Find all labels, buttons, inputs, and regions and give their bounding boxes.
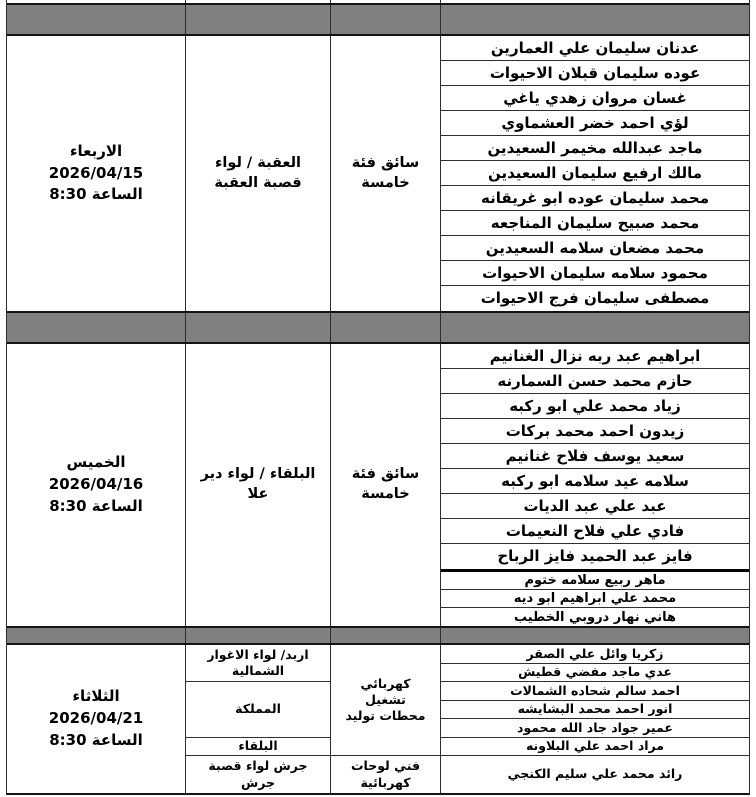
schedule-cell: الاربعاء 2026/04/15 الساعة 8:30 bbox=[7, 36, 185, 311]
separator-row bbox=[7, 626, 749, 645]
schedule-cell: الخميس 2026/04/16 الساعة 8:30 bbox=[7, 344, 185, 626]
location-column: العقبة / لواء قصبة العقبة bbox=[185, 36, 330, 311]
job-column: كهربائي تشغيل محطات توليد فني لوحات كهرب… bbox=[330, 645, 440, 793]
candidate-name: فايز عبد الحميد فايز الرباح bbox=[441, 544, 749, 569]
candidate-name: محمد صبيح سليمان المناجعه bbox=[441, 211, 749, 236]
separator-cell bbox=[185, 628, 330, 643]
schedule-table: عدنان سليمان علي العمارين عوده سليمان قب… bbox=[6, 0, 750, 795]
time-label: الساعة 8:30 bbox=[49, 184, 143, 206]
schedule-cell: الثلاثاء 2026/04/21 الساعة 8:30 bbox=[7, 645, 185, 793]
date-column: الاربعاء 2026/04/15 الساعة 8:30 bbox=[7, 36, 185, 311]
candidate-name: محمد علي ابراهيم ابو ديه bbox=[441, 590, 749, 608]
candidate-name: احمد سالم شحاده الشمالات bbox=[441, 682, 749, 701]
separator-cell bbox=[7, 5, 185, 34]
names-column: زكريا وائل علي الصقر عدي ماجد مفضي قطيش … bbox=[440, 645, 749, 793]
location-cell: البلقاء / لواء دير علا bbox=[186, 344, 330, 626]
job-column: سائق فئة خامسة bbox=[330, 344, 440, 626]
partial-cell bbox=[330, 0, 440, 3]
names-column: عدنان سليمان علي العمارين عوده سليمان قب… bbox=[440, 36, 749, 311]
day-label: الخميس bbox=[67, 452, 126, 474]
separator-cell bbox=[7, 313, 185, 342]
separator-cell bbox=[185, 313, 330, 342]
candidate-name: ماهر ربيع سلامه ختوم bbox=[441, 572, 749, 590]
candidate-name: حازم محمد حسن السمارنه bbox=[441, 369, 749, 394]
separator-row bbox=[7, 311, 749, 344]
candidate-name: محمد مضعان سلامه السعيدين bbox=[441, 236, 749, 261]
session-block-tuesday: زكريا وائل علي الصقر عدي ماجد مفضي قطيش … bbox=[7, 645, 749, 793]
separator-cell bbox=[330, 5, 440, 34]
date-label: 2026/04/15 bbox=[49, 163, 143, 185]
day-label: الاربعاء bbox=[70, 141, 122, 163]
schedule-page: عدنان سليمان علي العمارين عوده سليمان قب… bbox=[0, 0, 756, 797]
location-column: اربد/ لواء الاغوار الشمالية المملكة البل… bbox=[185, 645, 330, 793]
candidate-name: زيدون احمد محمد بركات bbox=[441, 419, 749, 444]
partial-cell bbox=[440, 0, 749, 3]
candidate-name: زياد محمد علي ابو ركبه bbox=[441, 394, 749, 419]
job-title-cell: سائق فئة خامسة bbox=[331, 36, 440, 311]
separator-cell bbox=[185, 5, 330, 34]
separator-cell bbox=[330, 313, 440, 342]
candidate-name: غسان مروان زهدي ياغي bbox=[441, 86, 749, 111]
candidate-name: عمير جواد جاد الله محمود bbox=[441, 719, 749, 738]
location-cell: البلقاء bbox=[186, 738, 330, 757]
candidate-name: عوده سليمان قبلان الاحيوات bbox=[441, 61, 749, 86]
date-column: الخميس 2026/04/16 الساعة 8:30 bbox=[7, 344, 185, 626]
location-column: البلقاء / لواء دير علا bbox=[185, 344, 330, 626]
job-column: سائق فئة خامسة bbox=[330, 36, 440, 311]
candidate-name: محمود سلامه سليمان الاحيوات bbox=[441, 261, 749, 286]
date-label: 2026/04/16 bbox=[49, 474, 143, 496]
candidate-name: عبد علي عبد الديات bbox=[441, 494, 749, 519]
separator-cell bbox=[440, 628, 749, 643]
session-block-thursday: ابراهيم عبد ربه نزال الغنانيم حازم محمد … bbox=[7, 344, 749, 626]
candidate-name: رائد محمد علي سليم الكنجي bbox=[441, 756, 749, 793]
candidate-name: عدنان سليمان علي العمارين bbox=[441, 36, 749, 61]
partial-cell bbox=[185, 0, 330, 3]
time-label: الساعة 8:30 bbox=[49, 730, 143, 752]
separator-cell bbox=[440, 313, 749, 342]
location-cell: اربد/ لواء الاغوار الشمالية bbox=[186, 645, 330, 682]
location-cell: العقبة / لواء قصبة العقبة bbox=[186, 36, 330, 311]
time-label: الساعة 8:30 bbox=[49, 496, 143, 518]
candidate-name: سلامه عيد سلامه ابو ركبه bbox=[441, 469, 749, 494]
candidate-name: مراد احمد علي البلاونه bbox=[441, 738, 749, 757]
date-column: الثلاثاء 2026/04/21 الساعة 8:30 bbox=[7, 645, 185, 793]
candidate-name: عدي ماجد مفضي قطيش bbox=[441, 664, 749, 683]
date-label: 2026/04/21 bbox=[49, 708, 143, 730]
candidate-name: ماجد عبدالله مخيمر السعيدين bbox=[441, 136, 749, 161]
candidate-name: فادي علي فلاح النعيمات bbox=[441, 519, 749, 544]
day-label: الثلاثاء bbox=[72, 686, 119, 708]
candidate-name: انور احمد محمد البشايشه bbox=[441, 701, 749, 720]
location-cell: جرش لواء قصبة جرش bbox=[186, 756, 330, 793]
candidate-name: سعيد يوسف فلاح غنانيم bbox=[441, 444, 749, 469]
candidate-name: لؤي احمد خضر العشماوي bbox=[441, 111, 749, 136]
top-partial-row bbox=[7, 0, 749, 3]
candidate-name: مالك ارفيع سليمان السعيدين bbox=[441, 161, 749, 186]
job-title-cell: كهربائي تشغيل محطات توليد bbox=[331, 645, 440, 756]
location-cell: المملكة bbox=[186, 682, 330, 738]
candidate-name: محمد سليمان عوده ابو غريقانه bbox=[441, 186, 749, 211]
separator-cell bbox=[330, 628, 440, 643]
separator-cell bbox=[440, 5, 749, 34]
separator-row bbox=[7, 3, 749, 36]
separator-cell bbox=[7, 628, 185, 643]
session-block-wednesday: عدنان سليمان علي العمارين عوده سليمان قب… bbox=[7, 36, 749, 311]
candidate-name: هاني نهار دروبي الخطيب bbox=[441, 608, 749, 626]
candidate-name: مصطفى سليمان فرج الاحيوات bbox=[441, 286, 749, 311]
candidate-name: ابراهيم عبد ربه نزال الغنانيم bbox=[441, 344, 749, 369]
partial-cell bbox=[7, 0, 185, 3]
job-title-cell: سائق فئة خامسة bbox=[331, 344, 440, 626]
job-title-cell: فني لوحات كهربائية bbox=[331, 756, 440, 793]
names-column: ابراهيم عبد ربه نزال الغنانيم حازم محمد … bbox=[440, 344, 749, 626]
candidate-name: زكريا وائل علي الصقر bbox=[441, 645, 749, 664]
